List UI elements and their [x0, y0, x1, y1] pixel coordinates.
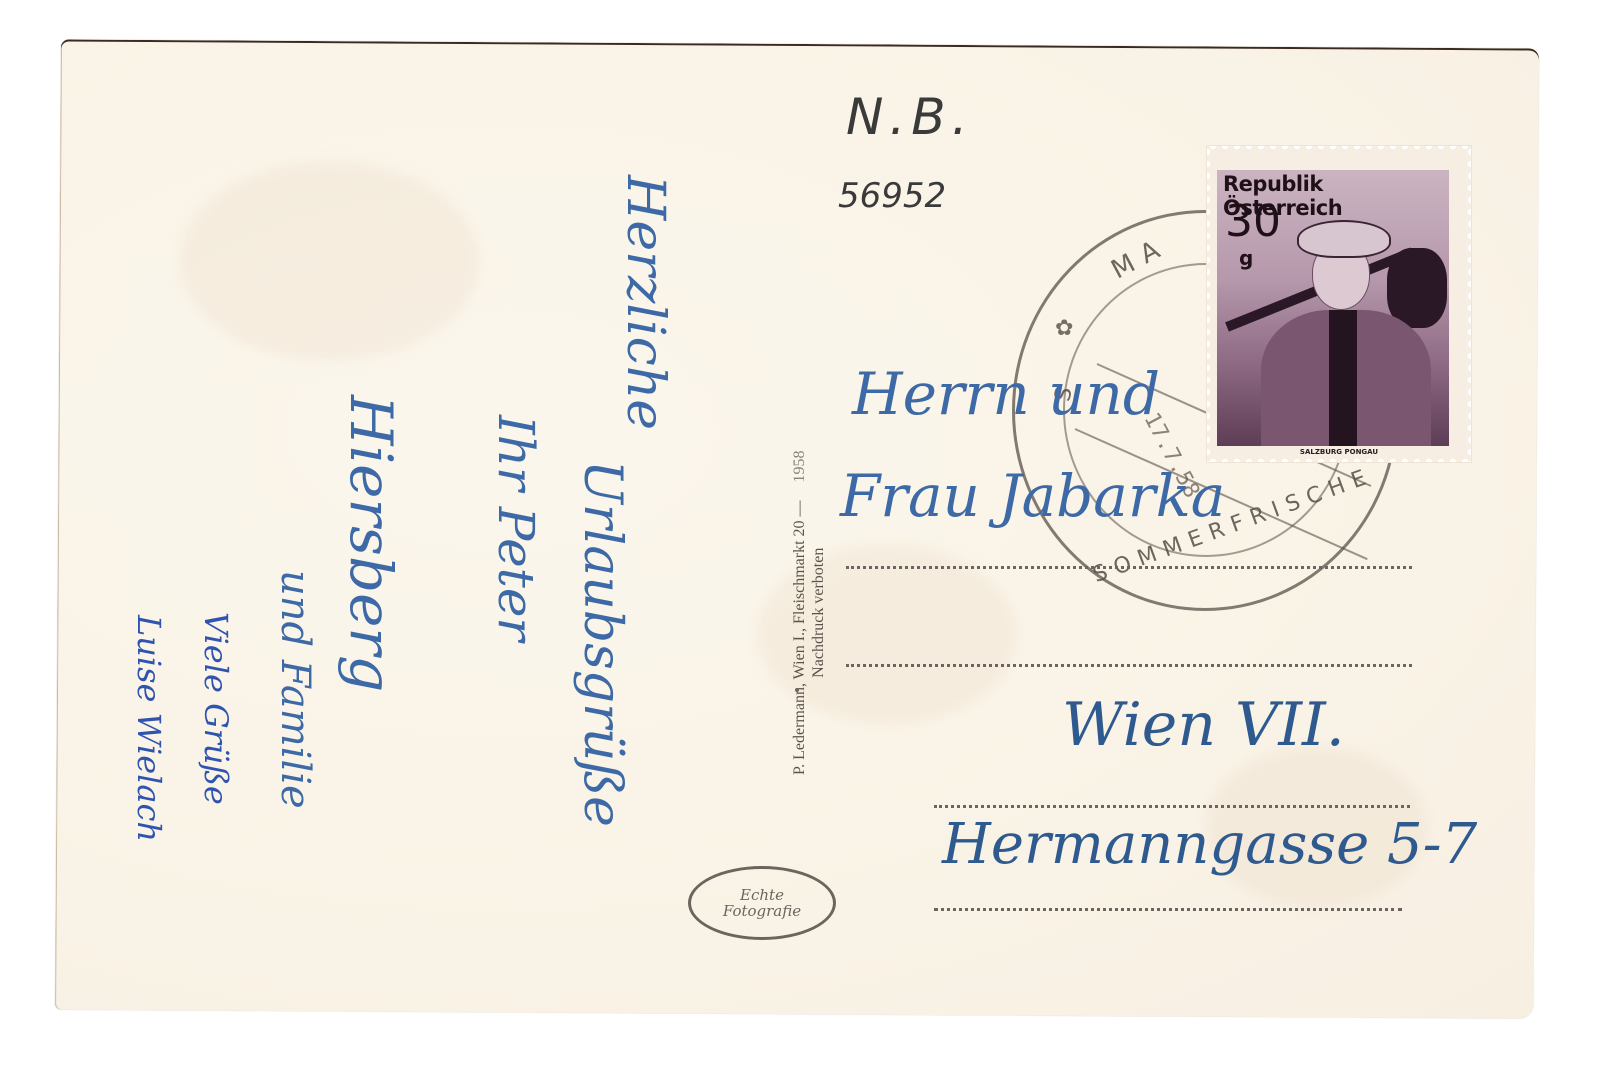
imprint-address: P. Ledermann, Wien I., Fleischmarkt 20 —	[791, 500, 808, 775]
publisher-imprint: P. Ledermann, Wien I., Fleischmarkt 20 —…	[790, 450, 828, 775]
imprint-year: 1958	[791, 450, 808, 482]
message-line-4: Hiersberg	[337, 395, 405, 692]
message-line-1: Herzliche	[615, 175, 675, 430]
photo-mark-line-2: Fotografie	[723, 903, 801, 919]
stamp-perforation	[1207, 146, 1471, 462]
imprint-dot	[795, 688, 799, 692]
address-line-rule	[846, 664, 1412, 667]
address-recipient-line-2: Frau Jabarka	[840, 462, 1225, 530]
message-line-3: Ihr Peter	[487, 415, 545, 641]
message-line-7: Luise Wielach	[130, 615, 168, 842]
address-city: Wien VII.	[1062, 690, 1345, 760]
postmark-flower-icon: ✿	[1055, 315, 1073, 341]
pencil-note-nb: N.B.	[846, 88, 974, 146]
echte-fotografie-mark: Echte Fotografie	[688, 866, 836, 940]
message-line-2: Urlaubsgrüße	[572, 460, 632, 827]
address-line-rule	[846, 566, 1412, 569]
message-line-5: und Familie	[272, 570, 318, 809]
paper-stain	[179, 160, 480, 362]
address-recipient-line-1: Herrn und	[852, 360, 1160, 428]
postage-stamp: Republik Österreich 30 g SALZBURG PONGAU	[1207, 146, 1471, 462]
address-line-rule	[934, 805, 1410, 808]
message-line-6: Viele Grüße	[197, 612, 235, 805]
pencil-note-number: 56952	[838, 176, 946, 216]
photo-mark-line-1: Echte	[740, 887, 784, 903]
imprint-copyright: Nachdruck verboten	[809, 450, 828, 775]
address-line-rule	[934, 908, 1402, 911]
address-street: Hermanngasse 5-7	[942, 812, 1477, 877]
